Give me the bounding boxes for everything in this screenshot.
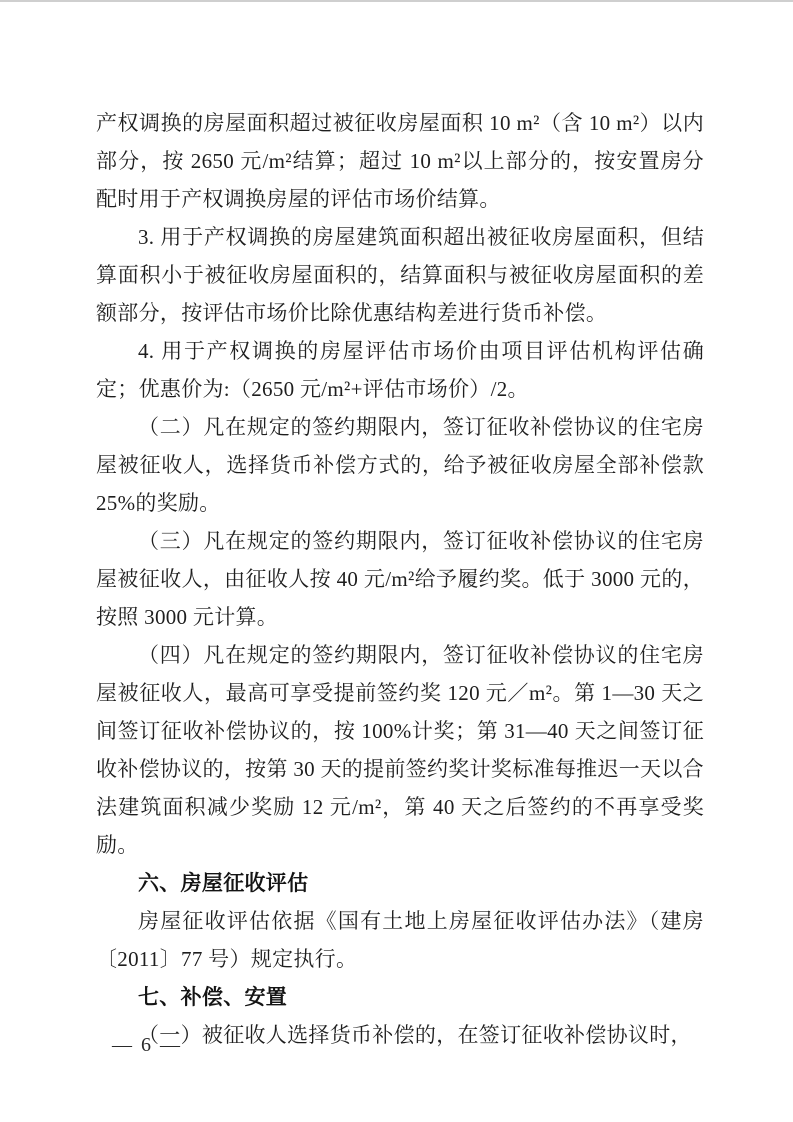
paragraph: 4. 用于产权调换的房屋评估市场价由项目评估机构评估确定；优惠价为:（2650 …: [96, 332, 704, 408]
document-body: 产权调换的房屋面积超过被征收房屋面积 10 m²（含 10 m²）以内部分，按 …: [96, 104, 704, 1054]
document-page: 产权调换的房屋面积超过被征收房屋面积 10 m²（含 10 m²）以内部分，按 …: [0, 0, 793, 1122]
page-number: — 6 —: [112, 1034, 182, 1057]
paragraph: （三）凡在规定的签约期限内，签订征收补偿协议的住宅房屋被征收人，由征收人按 40…: [96, 522, 704, 636]
paragraph: （一）被征收人选择货币补偿的，在签订征收补偿协议时，: [96, 1016, 704, 1054]
paragraph: 产权调换的房屋面积超过被征收房屋面积 10 m²（含 10 m²）以内部分，按 …: [96, 104, 704, 218]
scan-edge-artifact: [0, 0, 793, 2]
paragraph: 房屋征收评估依据《国有土地上房屋征收评估办法》（建房〔2011〕77 号）规定执…: [96, 902, 704, 978]
section-heading: 七、补偿、安置: [96, 978, 704, 1016]
paragraph: （四）凡在规定的签约期限内，签订征收补偿协议的住宅房屋被征收人，最高可享受提前签…: [96, 636, 704, 864]
section-heading: 六、房屋征收评估: [96, 864, 704, 902]
paragraph: （二）凡在规定的签约期限内，签订征收补偿协议的住宅房屋被征收人，选择货币补偿方式…: [96, 408, 704, 522]
paragraph: 3. 用于产权调换的房屋建筑面积超出被征收房屋面积，但结算面积小于被征收房屋面积…: [96, 218, 704, 332]
